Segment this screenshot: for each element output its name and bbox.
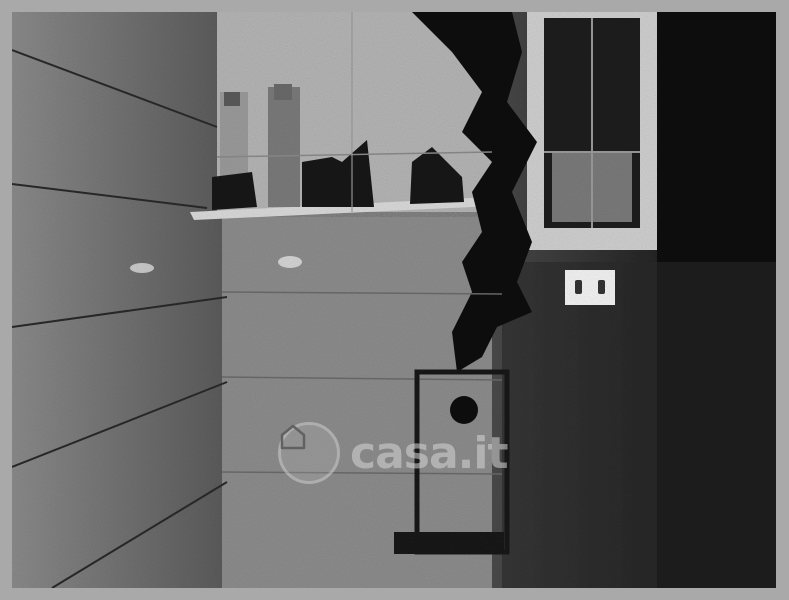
photo-scene — [12, 12, 776, 588]
watermark-text: casa.it — [350, 428, 507, 479]
watermark-logo — [278, 422, 340, 484]
light-switch — [565, 270, 615, 305]
photo: casa.it — [12, 12, 776, 588]
watermark: casa.it — [278, 422, 507, 484]
house-icon — [278, 422, 308, 452]
bottle — [268, 87, 300, 207]
